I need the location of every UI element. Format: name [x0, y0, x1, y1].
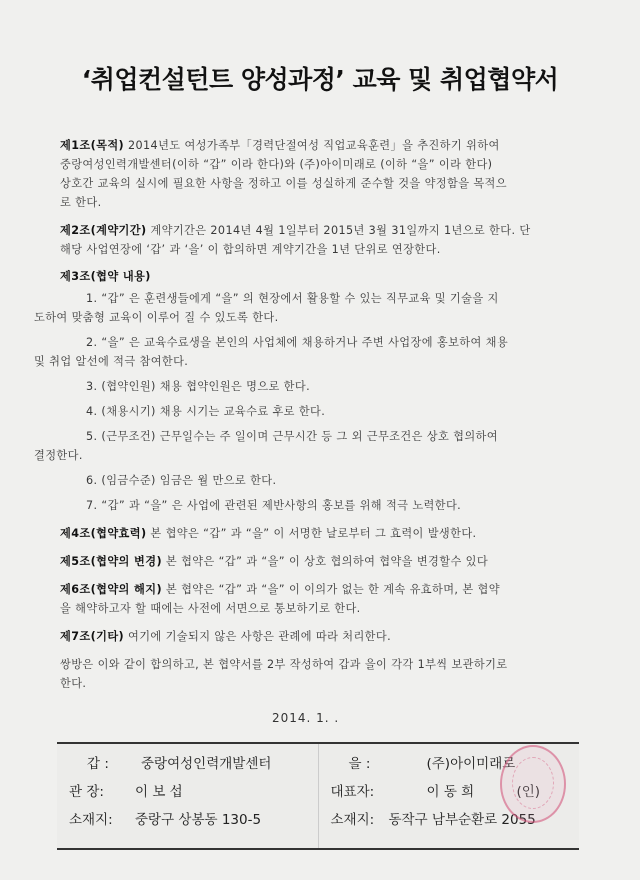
document-body: 제1조(목적) 2014년도 여성가족부「경력단절여성 직업교육훈련」을 추진하… [60, 136, 580, 693]
article-4: 제4조(협약효력) 본 협약은 “갑” 과 “을” 이 서명한 날로부터 그 효… [60, 524, 580, 543]
article-7-line: 여기에 기술되지 않은 사항은 관례에 따라 처리한다. [124, 630, 391, 643]
party-b-role-label: 을 : [331, 750, 427, 778]
article-1-heading: 제1조(목적) [60, 139, 124, 152]
item-line: 결정한다. [34, 446, 83, 465]
article-6-heading: 제6조(협약의 해지) [60, 583, 162, 596]
article-7: 제7조(기타) 여기에 기술되지 않은 사항은 관례에 따라 처리한다. [60, 627, 580, 646]
article-6-line: 본 협약은 “갑” 과 “을” 이 이의가 없는 한 계속 유효하며, 본 협약 [162, 583, 500, 596]
item-line: 5. (근무조건) 근무일수는 주 일이며 근무시간 등 그 외 근무조건은 상… [86, 430, 498, 443]
party-a-addr: 중랑구 상봉동 130-5 [135, 806, 261, 834]
article-2-heading: 제2조(계약기간) [60, 224, 146, 237]
article-2: 제2조(계약기간) 계약기간은 2014년 4월 1일부터 2015년 3월 3… [60, 221, 580, 259]
article-4-line: 본 협약은 “갑” 과 “을” 이 서명한 날로부터 그 효력이 발생한다. [146, 527, 476, 540]
party-b-addr-label: 소재지: [331, 806, 389, 834]
article-2-line: 계약기간은 2014년 4월 1일부터 2015년 3월 31일까지 1년으로 … [146, 224, 530, 237]
item-line: 도하여 맞춤형 교육이 이루어 질 수 있도록 한다. [34, 308, 279, 327]
party-b-rep-label: 대표자: [331, 778, 427, 806]
article-1: 제1조(목적) 2014년도 여성가족부「경력단절여성 직업교육훈련」을 추진하… [60, 136, 580, 212]
article-2-line: 해당 사업연장에 ‘갑’ 과 ‘을’ 이 합의하면 계약기간을 1년 단위로 연… [60, 243, 441, 256]
closing-statement: 쌍방은 이와 같이 합의하고, 본 협약서를 2부 작성하여 갑과 을이 각각 … [60, 655, 580, 693]
article-3-item-7: 7. “갑” 과 “을” 은 사업에 관련된 제반사항의 홍보를 위해 적극 노… [60, 496, 580, 515]
item-line: 및 취업 알선에 적극 참여한다. [34, 352, 188, 371]
article-1-line: 2014년도 여성가족부「경력단절여성 직업교육훈련」을 추진하기 위하여 [124, 139, 500, 152]
article-1-line: 로 한다. [60, 196, 102, 209]
article-3-item-3: 3. (협약인원) 채용 협약인원은 명으로 한다. [60, 377, 580, 396]
red-seal-stamp-icon [500, 745, 566, 823]
party-a-org-row: 갑 : 중랑여성인력개발센터 [69, 750, 318, 778]
article-3-item-1: 1. “갑” 은 훈련생들에게 “을” 의 현장에서 활용할 수 있는 직무교육… [60, 289, 580, 327]
document-title: ‘취업컨설턴트 양성과정’ 교육 및 취업협약서 [0, 60, 640, 96]
agreement-date: 2014. 1. . [272, 711, 339, 725]
article-3-heading: 제3조(협약 내용) [60, 270, 151, 283]
article-5-heading: 제5조(협약의 변경) [60, 555, 162, 568]
article-5-line: 본 협약은 “갑” 과 “을” 이 상호 협의하여 협약을 변경할수 있다 [162, 555, 488, 568]
party-a-addr-row: 소재지: 중랑구 상봉동 130-5 [69, 806, 318, 834]
article-7-heading: 제7조(기타) [60, 630, 124, 643]
article-5: 제5조(협약의 변경) 본 협약은 “갑” 과 “을” 이 상호 협의하여 협약… [60, 552, 580, 571]
article-1-line: 중랑여성인력개발센터(이하 “갑” 이라 한다)와 (주)아이미래로 (이하 “… [60, 158, 492, 171]
party-a-role-label: 갑 : [69, 750, 141, 778]
article-6: 제6조(협약의 해지) 본 협약은 “갑” 과 “을” 이 이의가 없는 한 계… [60, 580, 580, 618]
article-3-item-6: 6. (임금수준) 임금은 월 만으로 한다. [60, 471, 580, 490]
article-3: 제3조(협약 내용) [60, 267, 580, 286]
article-3-item-4: 4. (채용시기) 채용 시기는 교육수료 후로 한다. [60, 402, 580, 421]
party-a-addr-label: 소재지: [69, 806, 135, 834]
party-a-rep-row: 관 장: 이 보 섭 [69, 778, 318, 806]
article-6-line: 을 해약하고자 할 때에는 사전에 서면으로 통보하기로 한다. [60, 602, 361, 615]
closing-line: 한다. [60, 677, 86, 690]
party-a-rep-label: 관 장: [69, 778, 135, 806]
seal-inner-ring [512, 757, 554, 809]
article-4-heading: 제4조(협약효력) [60, 527, 146, 540]
party-a-column: 갑 : 중랑여성인력개발센터 관 장: 이 보 섭 소재지: 중랑구 상봉동 1… [57, 744, 319, 848]
party-a-rep: 이 보 섭 [135, 778, 183, 806]
article-3-item-5: 5. (근무조건) 근무일수는 주 일이며 근무시간 등 그 외 근무조건은 상… [60, 427, 580, 465]
article-3-item-2: 2. “을” 은 교육수료생을 본인의 사업체에 채용하거나 주변 사업장에 홍… [60, 333, 580, 371]
closing-line: 쌍방은 이와 같이 합의하고, 본 협약서를 2부 작성하여 갑과 을이 각각 … [60, 658, 508, 671]
party-a-org: 중랑여성인력개발센터 [141, 750, 271, 778]
article-1-line: 상호간 교육의 실시에 필요한 사항을 정하고 이를 성실하게 준수할 것을 약… [60, 177, 507, 190]
item-line: 2. “을” 은 교육수료생을 본인의 사업체에 채용하거나 주변 사업장에 홍… [86, 336, 508, 349]
item-line: 1. “갑” 은 훈련생들에게 “을” 의 현장에서 활용할 수 있는 직무교육… [86, 292, 499, 305]
